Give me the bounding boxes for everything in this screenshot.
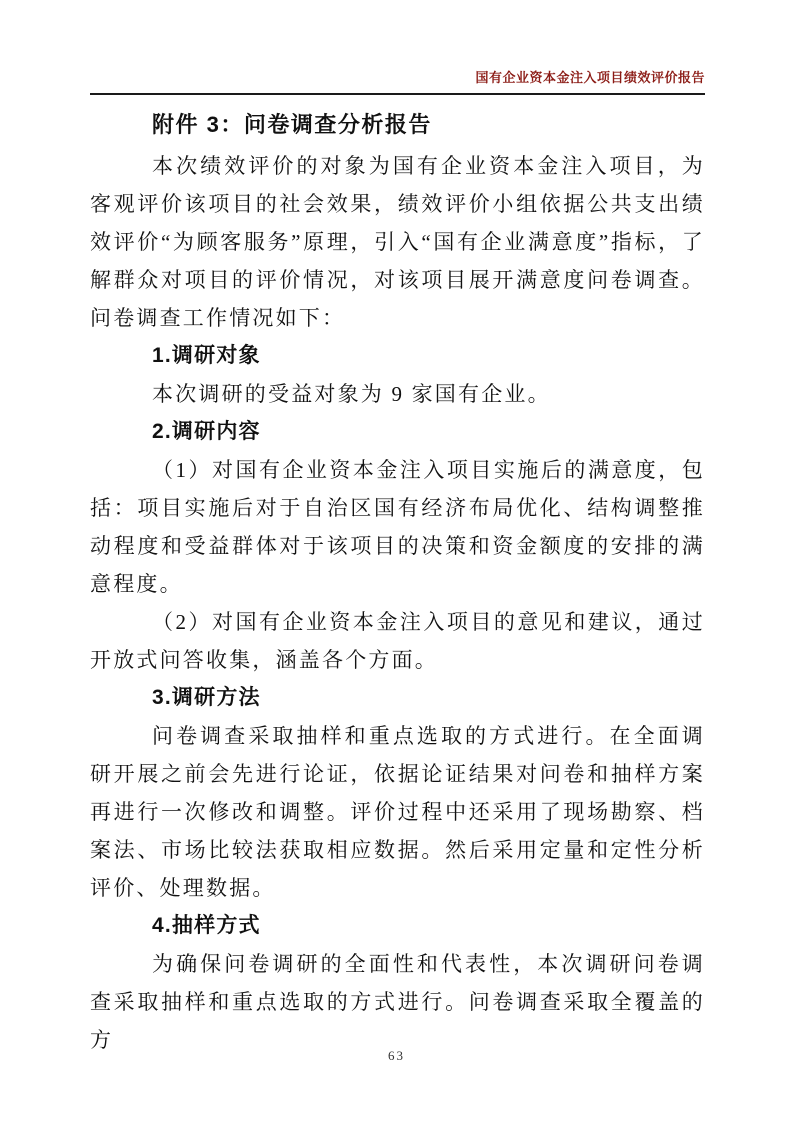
attachment-heading: 附件 3：问卷调查分析报告	[152, 105, 705, 145]
document-paragraph: 本次调研的受益对象为 9 家国有企业。	[90, 375, 705, 413]
running-header: 国有企业资本金注入项目绩效评价报告	[90, 70, 705, 93]
document-body: 本次绩效评价的对象为国有企业资本金注入项目，为客观评价该项目的社会效果，绩效评价…	[90, 147, 705, 1059]
document-paragraph: 问卷调查采取抽样和重点选取的方式进行。在全面调研开展之前会先进行论证，依据论证结…	[90, 717, 705, 907]
document-paragraph: （2）对国有企业资本金注入项目的意见和建议，通过开放式问答收集，涵盖各个方面。	[90, 603, 705, 679]
running-header-title: 国有企业资本金注入项目绩效评价报告	[475, 70, 705, 85]
section-heading: 4.抽样方式	[152, 907, 705, 945]
document-paragraph: （1）对国有企业资本金注入项目实施后的满意度，包括：项目实施后对于自治区国有经济…	[90, 451, 705, 603]
section-heading: 2.调研内容	[152, 413, 705, 451]
document-page: 国有企业资本金注入项目绩效评价报告 附件 3：问卷调查分析报告 本次绩效评价的对…	[0, 0, 793, 1122]
document-paragraph: 本次绩效评价的对象为国有企业资本金注入项目，为客观评价该项目的社会效果，绩效评价…	[90, 147, 705, 337]
header-rule	[90, 93, 705, 95]
page-number: 63	[388, 1048, 405, 1063]
section-heading: 1.调研对象	[152, 337, 705, 375]
section-heading: 3.调研方法	[152, 679, 705, 717]
page-footer: 63	[0, 1048, 793, 1064]
document-paragraph: 为确保问卷调研的全面性和代表性，本次调研问卷调查采取抽样和重点选取的方式进行。问…	[90, 945, 705, 1059]
